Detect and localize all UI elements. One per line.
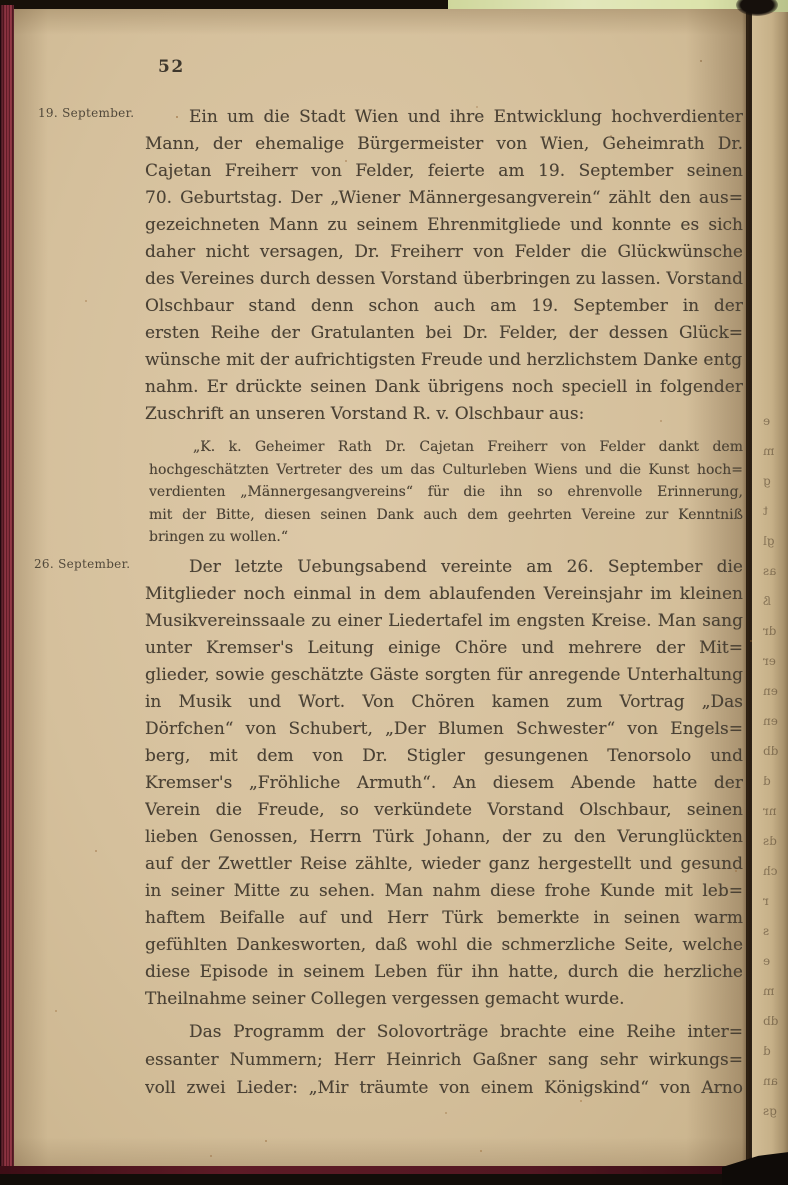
gutter-text-fragment: gs <box>763 1105 777 1117</box>
gutter-text-fragment: t <box>763 505 768 517</box>
text-line: Mann, der ehemalige Bürgermeister von Wi… <box>145 131 743 158</box>
gutter-text-fragment: g <box>763 475 771 487</box>
text-line: berg, mit dem von Dr. Stigler gesungenen… <box>145 743 743 770</box>
gutter-text-fragment: db <box>763 745 778 757</box>
book-photo: emgtglasßdrerenendbdnrdschrsemdbdangs 52… <box>0 0 788 1185</box>
gutter-text-fragment: ch <box>763 865 777 877</box>
gutter-text-fragment: db <box>763 1015 778 1027</box>
background-bottom <box>0 1174 788 1185</box>
text-line: Der letzte Uebungsabend vereinte am 26. … <box>145 554 743 581</box>
text-line: Musikvereinssaale zu einer Liedertafel i… <box>145 608 743 635</box>
text-line: Theilnahme seiner Collegen vergessen gem… <box>145 986 743 1013</box>
margin-note-26-september: 26. September. <box>34 557 144 571</box>
margin-note-19-september: 19. September. <box>38 106 148 120</box>
gutter-text-fragment: ds <box>763 835 777 847</box>
text-line: essanter Nummern; Herr Heinrich Gaßner s… <box>145 1046 743 1074</box>
text-line: Ein um die Stadt Wien und ihre Entwicklu… <box>145 104 743 131</box>
gutter-text-fragment: en <box>763 715 778 727</box>
text-line: auf der Zwettler Reise zählte, wieder ga… <box>145 851 743 878</box>
gutter-text-fragment: m <box>763 445 774 457</box>
gutter-text-fragment: d <box>763 775 771 787</box>
text-line: mit der Bitte, diesen seinen Dank auch d… <box>149 504 743 527</box>
gutter-text-fragment: ß <box>763 595 771 607</box>
text-line: verdienten „Männergesangvereins“ für die… <box>149 481 743 504</box>
gutter-text-fragment: s <box>763 925 769 937</box>
gutter-text-fragment: r <box>763 895 769 907</box>
paragraph-solo-program: Das Programm der Solovorträge brachte ei… <box>145 1018 743 1102</box>
text-line: Verein die Freude, so verkündete Vorstan… <box>145 797 743 824</box>
text-line: Das Programm der Solovorträge brachte ei… <box>145 1018 743 1046</box>
gutter-text-fragment: gl <box>763 535 775 547</box>
text-line: ersten Reihe der Gratulanten bei Dr. Fel… <box>145 320 743 347</box>
text-line: hochgeschätzten Vertreter des um das Cul… <box>149 459 743 482</box>
gutter-text-fragment: e <box>763 955 770 967</box>
text-line: nahm. Er drückte seinen Dank übrigens no… <box>145 374 743 401</box>
book-spine <box>0 5 14 1173</box>
facing-page-edge: emgtglasßdrerenendbdnrdschrsemdbdangs <box>752 12 788 1158</box>
text-line: des Vereines durch dessen Vorstand überb… <box>145 266 743 293</box>
page-number: 52 <box>158 57 202 77</box>
gutter-text-fragment: dr <box>763 625 776 637</box>
gutter-text-fragment: e <box>763 415 770 427</box>
text-line: Olschbaur stand denn schon auch am 19. S… <box>145 293 743 320</box>
quote-letter-felder: „K. k. Geheimer Rath Dr. Cajetan Freiher… <box>149 436 743 549</box>
text-line: Dörfchen“ von Schubert, „Der Blumen Schw… <box>145 716 743 743</box>
gutter-text-fragment: nr <box>763 805 776 817</box>
gutter-text-fragment: as <box>763 565 776 577</box>
text-line: wünsche mit der aufrichtigsten Freude un… <box>145 347 743 374</box>
gutter-text-fragment: en <box>763 685 778 697</box>
gutter-text-fragment: m <box>763 985 774 997</box>
text-line: daher nicht versagen, Dr. Freiherr von F… <box>145 239 743 266</box>
text-line: lieben Genossen, Herrn Türk Johann, der … <box>145 824 743 851</box>
text-line: in seiner Mitte zu sehen. Man nahm diese… <box>145 878 743 905</box>
text-line: unter Kremser's Leitung einige Chöre und… <box>145 635 743 662</box>
text-line: glieder, sowie geschätzte Gäste sorgten … <box>145 662 743 689</box>
text-line: Mitglieder noch einmal in dem ablaufende… <box>145 581 743 608</box>
text-line: bringen zu wollen.“ <box>149 526 743 549</box>
text-line: voll zwei Lieder: „Mir träumte von einem… <box>145 1074 743 1102</box>
text-line: haftem Beifalle auf und Herr Türk bemerk… <box>145 905 743 932</box>
text-line: Cajetan Freiherr von Felder, feierte am … <box>145 158 743 185</box>
gutter-text-fragment: an <box>763 1075 778 1087</box>
text-line: gefühlten Dankesworten, daß wohl die sch… <box>145 932 743 959</box>
text-line: „K. k. Geheimer Rath Dr. Cajetan Freiher… <box>149 436 743 459</box>
gutter-text-fragment: er <box>763 655 776 667</box>
gutter-text-fragment: d <box>763 1045 771 1057</box>
text-line: 70. Geburtstag. Der „Wiener Männergesang… <box>145 185 743 212</box>
text-line: gezeichneten Mann zu seinem Ehrenmitglie… <box>145 212 743 239</box>
text-line: Kremser's „Fröhliche Armuth“. An diesem … <box>145 770 743 797</box>
text-line: Zuschrift an unseren Vorstand R. v. Olsc… <box>145 401 743 428</box>
text-line: diese Episode in seinem Leben für ihn ha… <box>145 959 743 986</box>
text-line: in Musik und Wort. Von Chören kamen zum … <box>145 689 743 716</box>
paragraph-liedertafel: Der letzte Uebungsabend vereinte am 26. … <box>145 554 743 1013</box>
paragraph-felder-birthday: Ein um die Stadt Wien und ihre Entwicklu… <box>145 104 743 428</box>
